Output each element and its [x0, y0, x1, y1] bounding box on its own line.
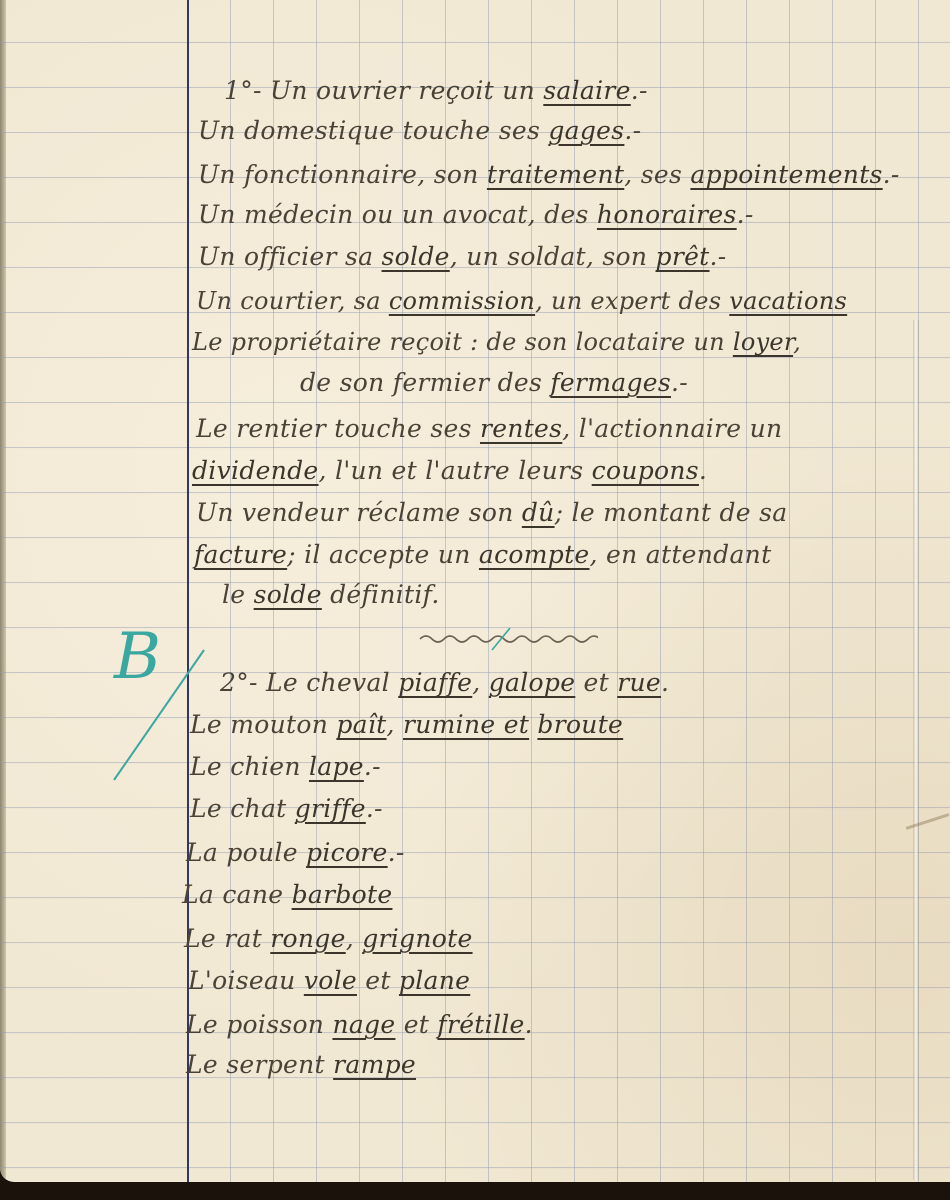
underlined-word: ronge: [270, 924, 345, 953]
underlined-word: honoraires: [597, 200, 737, 229]
underlined-word: griffe: [295, 794, 366, 823]
underlined-word: dû: [522, 498, 555, 527]
background-surface: [0, 1182, 950, 1200]
underlined-word: acompte: [479, 540, 590, 569]
exercise1-line-3: Un fonctionnaire, son traitement, ses ap…: [198, 160, 900, 189]
underlined-word: rue: [617, 668, 661, 697]
underlined-word: vole: [304, 966, 357, 995]
exercise2-line-5: La poule picore.-: [186, 838, 405, 867]
underlined-word: grignote: [362, 924, 472, 953]
exercise2-line-3: Le chien lape.-: [190, 752, 381, 781]
exercise2-line-9: Le poisson nage et frétille.: [186, 1010, 533, 1039]
exercise1-line-4: Un médecin ou un avocat, des honoraires.…: [198, 200, 754, 229]
exercise2-line-6: La cane barbote: [182, 880, 392, 909]
exercise1-line-2: Un domestique touche ses gages.-: [198, 116, 641, 145]
green-tick-mark: [490, 626, 512, 652]
underlined-word: plane: [399, 966, 470, 995]
underlined-word: barbote: [292, 880, 393, 909]
underlined-word: rentes: [480, 414, 562, 443]
exercise1-line-11: Un vendeur réclame son dû; le montant de…: [196, 498, 787, 527]
grade-slash-icon: [108, 620, 208, 790]
underlined-word: coupons: [592, 456, 699, 485]
underlined-word: rumine et: [403, 710, 529, 739]
underlined-word: commission: [389, 287, 535, 315]
underlined-word: broute: [537, 710, 623, 739]
exercise1-line-6: Un courtier, sa commission, un expert de…: [196, 287, 847, 315]
exercise2-line-2: Le mouton paît, rumine et broute: [190, 710, 623, 739]
exercise1-line-10: dividende, l'un et l'autre leurs coupons…: [192, 456, 707, 485]
exercise1-line-8: de son fermier des fermages.-: [300, 368, 688, 397]
underlined-word: galope: [489, 668, 576, 697]
exercise1-line-13: le solde définitif.: [222, 580, 440, 609]
underlined-word: fermages: [550, 368, 671, 397]
exercise2-line-7: Le rat ronge, grignote: [184, 924, 473, 953]
teacher-grade-mark: B: [108, 620, 208, 780]
exercise2-number: 2°-: [220, 668, 258, 697]
underlined-word: picore: [306, 838, 388, 867]
notebook-page: 1°- Un ouvrier reçoit un salaire.- Un do…: [0, 0, 950, 1182]
underlined-word: appointements: [690, 160, 882, 189]
underlined-word: solde: [254, 580, 322, 609]
exercise2-line-4: Le chat griffe.-: [190, 794, 383, 823]
underlined-word: vacations: [729, 287, 847, 315]
underlined-word: loyer: [733, 328, 793, 356]
exercise2-line-10: Le serpent rampe: [186, 1050, 416, 1079]
underlined-word: gages: [548, 116, 624, 145]
underlined-word: dividende: [192, 456, 319, 485]
underlined-word: salaire: [543, 76, 630, 105]
underlined-word: frétille: [437, 1010, 524, 1039]
underlined-word: paît: [336, 710, 386, 739]
underlined-word: lape: [309, 752, 364, 781]
exercise1-number: 1°-: [224, 76, 262, 105]
underlined-word: solde: [382, 242, 450, 271]
underlined-word: nage: [332, 1010, 395, 1039]
exercise2-line-8: L'oiseau vole et plane: [188, 966, 470, 995]
exercise1-line-7: Le propriétaire reçoit : de son locatair…: [192, 328, 801, 356]
exercise1-line-1: 1°- Un ouvrier reçoit un salaire.-: [224, 76, 648, 105]
underlined-word: prêt: [656, 242, 710, 271]
underlined-word: traitement: [487, 160, 624, 189]
exercise2-line-1: 2°- Le cheval piaffe, galope et rue.: [220, 668, 669, 697]
handwritten-text: 1°- Un ouvrier reçoit un salaire.- Un do…: [0, 0, 950, 1182]
underlined-word: facture: [194, 540, 287, 569]
underlined-word: rampe: [333, 1050, 416, 1079]
exercise1-line-12: facture; il accepte un acompte, en atten…: [194, 540, 771, 569]
exercise1-line-5: Un officier sa solde, un soldat, son prê…: [198, 242, 727, 271]
exercise1-line-9: Le rentier touche ses rentes, l'actionna…: [196, 414, 782, 443]
underlined-word: piaffe: [398, 668, 472, 697]
